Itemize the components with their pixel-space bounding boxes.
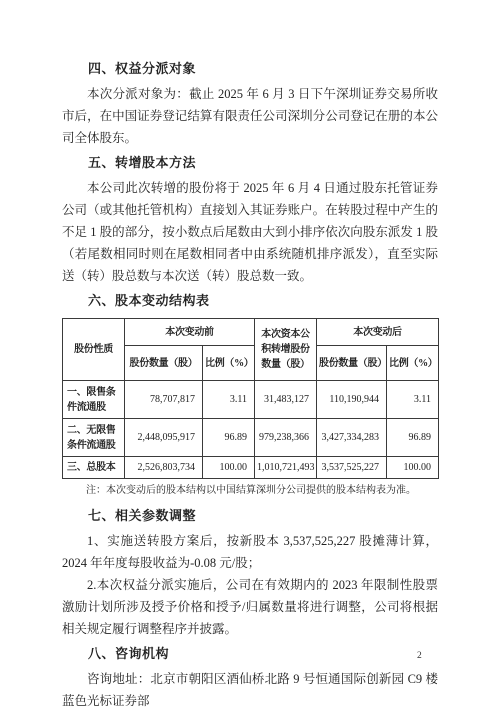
- cell-transfer-qty: 31,483,127: [255, 381, 317, 419]
- section-heading-transfer-method: 五、转增股本方法: [62, 152, 438, 174]
- section-heading-dividend-targets: 四、权益分派对象: [62, 58, 438, 80]
- cell-before-qty: 2,526,803,734: [125, 457, 203, 479]
- document-content: 四、权益分派对象 本次分派对象为：截止 2025 年 6 月 3 日下午深圳证券…: [62, 58, 438, 707]
- col-header-transfer-qty: 本次资本公积转增股份数量（股）: [255, 319, 317, 381]
- cell-before-qty: 2,448,095,917: [125, 419, 203, 457]
- table-row-restricted-shares: 一、限售条件流通股 78,707,817 3.11 31,483,127 110…: [63, 381, 439, 419]
- paragraph-consulting-address: 咨询地址：北京市朝阳区酒仙桥北路 9 号恒通国际创新园 C9 楼蓝色光标证券部: [62, 668, 438, 707]
- cell-after-qty: 3,537,525,227: [317, 457, 387, 479]
- paragraph-dividend-targets: 本次分派对象为：截止 2025 年 6 月 3 日下午深圳证券交易所收市后，在中…: [62, 83, 438, 149]
- cell-before-ratio: 100.00: [203, 457, 255, 479]
- paragraph-incentive-plan-adjustment: 2.本次权益分派实施后，公司在有效期内的 2023 年限制性股票激励计划所涉及授…: [62, 574, 438, 640]
- paragraph-eps-adjustment: 1、实施送转股方案后，按新股本 3,537,525,227 股摊薄计算，2024…: [62, 530, 438, 574]
- col-header-before-qty: 股份数量（股）: [125, 346, 203, 381]
- row-label: 一、限售条件流通股: [63, 381, 125, 419]
- cell-after-ratio: 100.00: [387, 457, 439, 479]
- cell-after-qty: 110,190,944: [317, 381, 387, 419]
- paragraph-transfer-method: 本公司此次转增的股份将于 2025 年 6 月 4 日通过股东托管证券公司（或其…: [62, 177, 438, 287]
- col-header-after-ratio: 比例（%）: [387, 346, 439, 381]
- col-header-group-after: 本次变动后: [317, 319, 439, 346]
- cell-after-qty: 3,427,334,283: [317, 419, 387, 457]
- section-heading-parameter-adjustment: 七、相关参数调整: [62, 505, 438, 527]
- row-label: 二、无限售条件流通股: [63, 419, 125, 457]
- table-row-unrestricted-shares: 二、无限售条件流通股 2,448,095,917 96.89 979,238,3…: [63, 419, 439, 457]
- row-label: 三、总股本: [63, 457, 125, 479]
- cell-before-ratio: 96.89: [203, 419, 255, 457]
- col-header-share-type: 股份性质: [63, 319, 125, 381]
- section-heading-consulting-agency: 八、咨询机构: [62, 643, 438, 665]
- cell-after-ratio: 96.89: [387, 419, 439, 457]
- table-note: 注：本次变动后的股本结构以中国结算深圳分公司提供的股本结构表为准。: [62, 483, 438, 499]
- cell-before-qty: 78,707,817: [125, 381, 203, 419]
- page-number: 2: [417, 651, 422, 661]
- col-header-before-ratio: 比例（%）: [203, 346, 255, 381]
- table-header-group-row: 股份性质 本次变动前 本次资本公积转增股份数量（股） 本次变动后: [63, 319, 439, 346]
- cell-before-ratio: 3.11: [203, 381, 255, 419]
- col-header-group-before: 本次变动前: [125, 319, 255, 346]
- cell-after-ratio: 3.11: [387, 381, 439, 419]
- cell-transfer-qty: 1,010,721,493: [255, 457, 317, 479]
- share-structure-table: 股份性质 本次变动前 本次资本公积转增股份数量（股） 本次变动后 股份数量（股）…: [62, 318, 439, 479]
- section-heading-share-structure: 六、股本变动结构表: [62, 290, 438, 312]
- cell-transfer-qty: 979,238,366: [255, 419, 317, 457]
- table-row-total-shares: 三、总股本 2,526,803,734 100.00 1,010,721,493…: [63, 457, 439, 479]
- document-page: 四、权益分派对象 本次分派对象为：截止 2025 年 6 月 3 日下午深圳证券…: [0, 0, 500, 707]
- col-header-after-qty: 股份数量（股）: [317, 346, 387, 381]
